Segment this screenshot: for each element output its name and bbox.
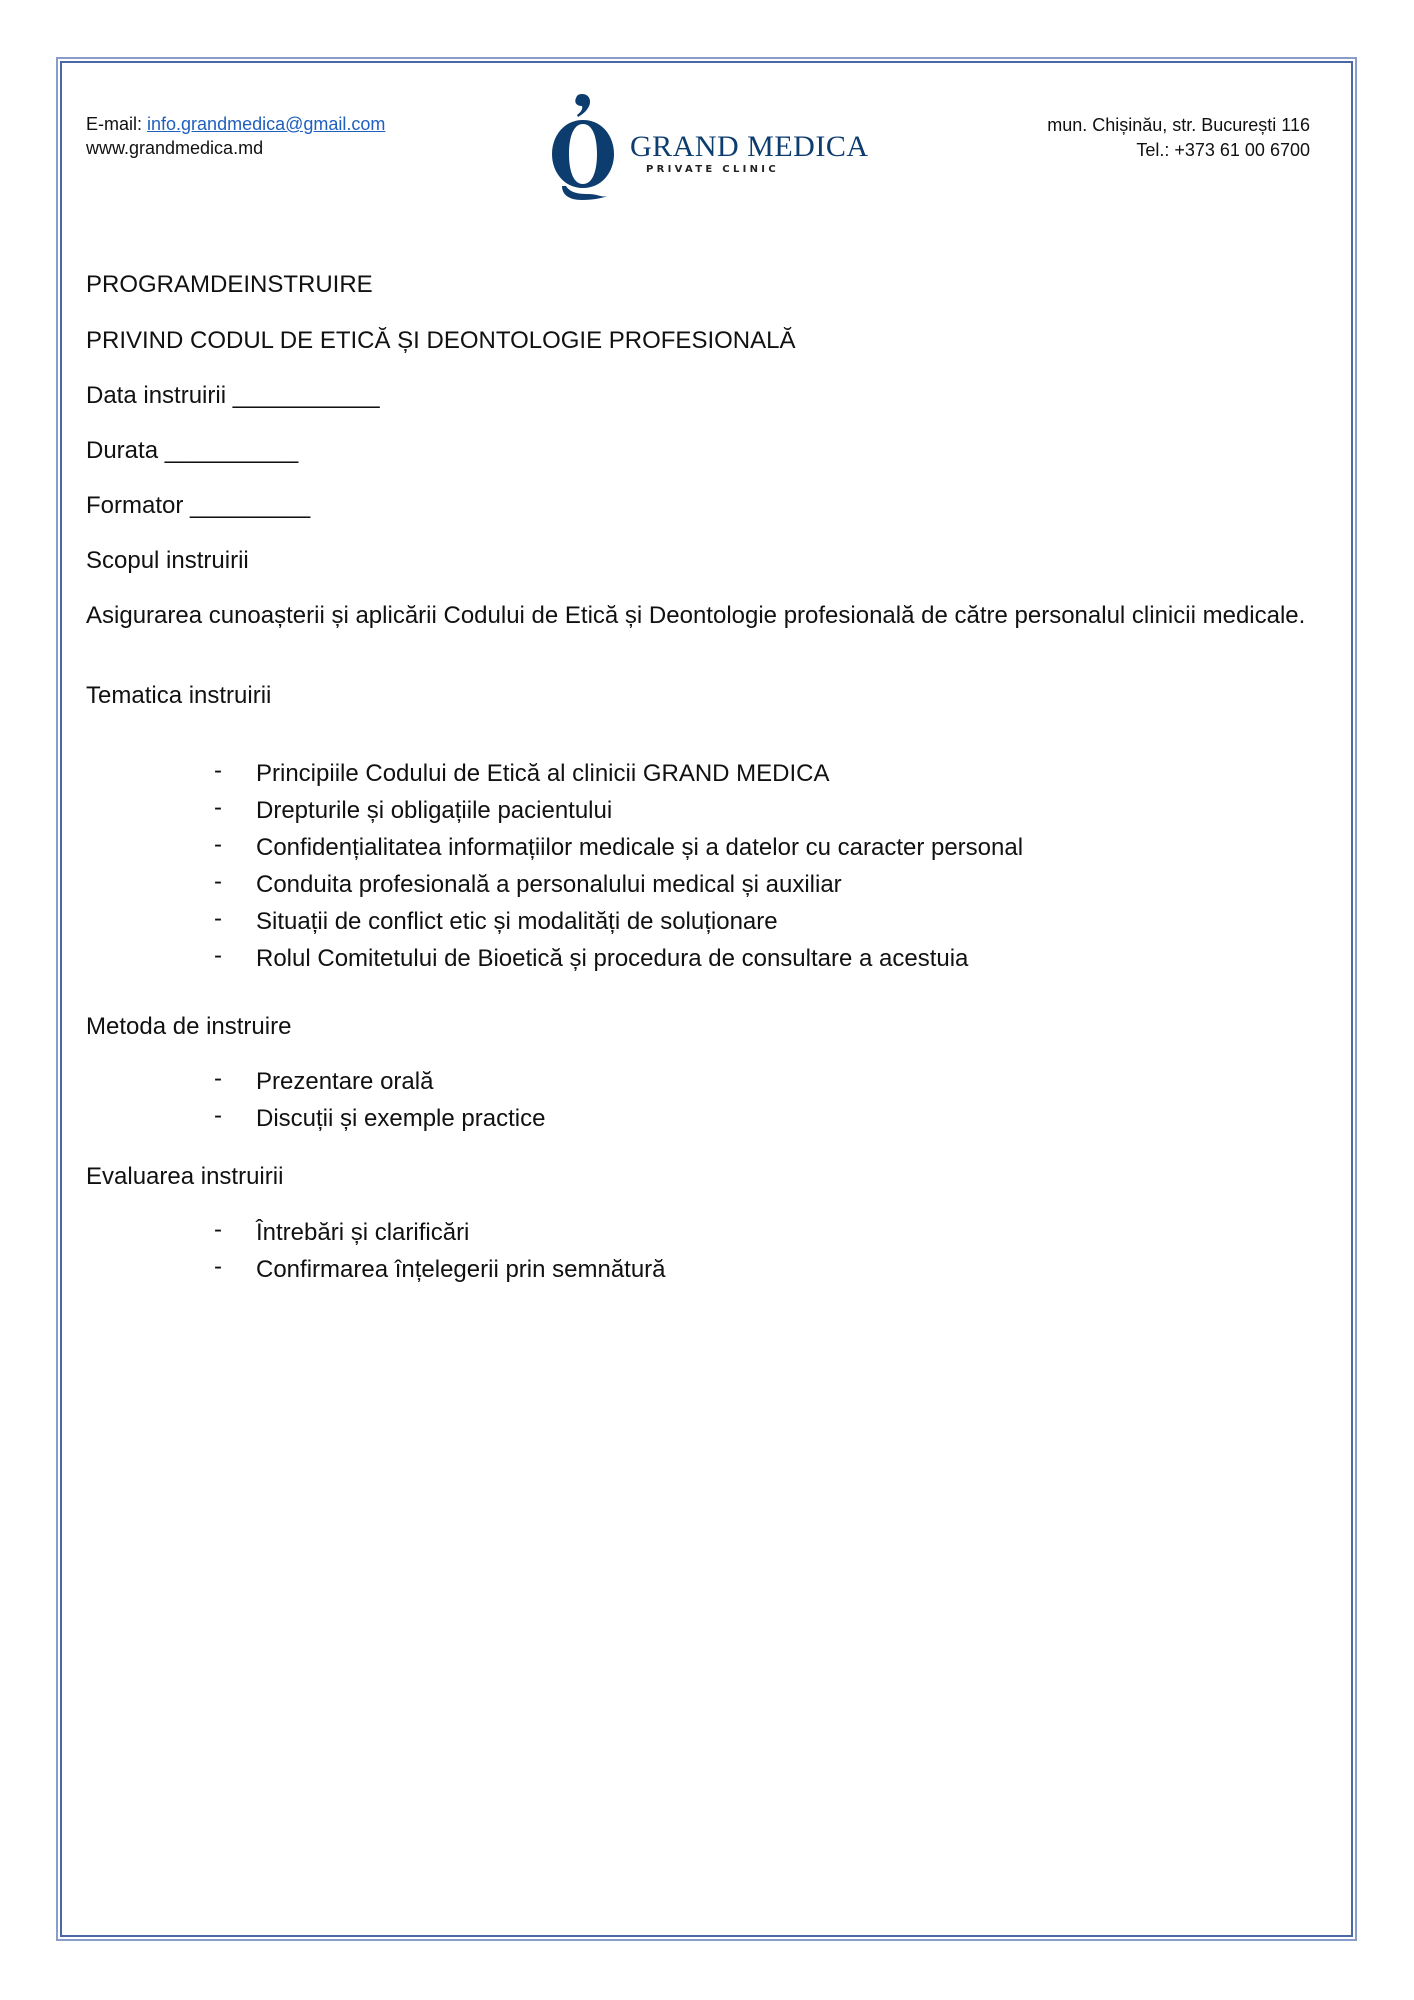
list-item: -Drepturile și obligațiile pacientului: [86, 796, 1023, 833]
dash-bullet-icon: -: [214, 1215, 222, 1245]
field-label: Formator: [86, 492, 183, 519]
field-blank: __________: [165, 437, 298, 464]
dash-bullet-icon: -: [214, 793, 222, 823]
list-item: -Conduita profesională a personalului me…: [86, 870, 1023, 907]
dash-bullet-icon: -: [214, 756, 222, 786]
dash-bullet-icon: -: [214, 1101, 222, 1131]
field-durata: Durata __________: [86, 436, 298, 466]
website-text: www.grandmedica.md: [86, 136, 385, 160]
topics-list: -Principiile Codului de Etică al clinici…: [86, 759, 1023, 981]
grand-medica-q-mark-icon: [548, 92, 618, 204]
field-label: Durata: [86, 437, 158, 464]
dash-bullet-icon: -: [214, 867, 222, 897]
list-item: -Confirmarea înțelegerii prin semnătură: [86, 1255, 666, 1292]
field-label: Data instruirii: [86, 382, 226, 409]
dash-bullet-icon: -: [214, 941, 222, 971]
dash-bullet-icon: -: [214, 830, 222, 860]
section-heading-evaluation: Evaluarea instruirii: [86, 1162, 283, 1192]
field-data-instruirii: Data instruirii ___________: [86, 381, 380, 411]
logo-name: GRAND MEDICA: [630, 132, 869, 162]
list-item: -Principiile Codului de Etică al clinici…: [86, 759, 1023, 796]
address-text: mun. Chișinău, str. București 116: [1047, 113, 1310, 138]
scope-paragraph: Asigurarea cunoașterii și aplicării Codu…: [86, 598, 1326, 634]
phone-text: Tel.: +373 61 00 6700: [1047, 138, 1310, 163]
header-contact-left: E-mail: info.grandmedica@gmail.com www.g…: [86, 112, 385, 160]
list-item: -Discuții și exemple practice: [86, 1104, 545, 1141]
email-line: E-mail: info.grandmedica@gmail.com: [86, 112, 385, 136]
section-heading-method: Metoda de instruire: [86, 1012, 291, 1042]
email-link[interactable]: info.grandmedica@gmail.com: [147, 114, 385, 134]
list-item: -Confidențialitatea informațiilor medica…: [86, 833, 1023, 870]
grand-medica-logo: GRAND MEDICA PRIVATE CLINIC: [548, 92, 868, 204]
field-blank: ___________: [233, 382, 380, 409]
document-subtitle: PRIVIND CODUL DE ETICĂ ȘI DEONTOLOGIE PR…: [86, 326, 795, 356]
dash-bullet-icon: -: [214, 1064, 222, 1094]
section-heading-topics: Tematica instruirii: [86, 681, 271, 711]
list-item: -Întrebări și clarificări: [86, 1218, 666, 1255]
logo-tagline: PRIVATE CLINIC: [646, 164, 779, 175]
dash-bullet-icon: -: [214, 904, 222, 934]
field-formator: Formator _________: [86, 491, 310, 521]
list-item: -Situații de conflict etic și modalități…: [86, 907, 1023, 944]
list-item: -Rolul Comitetului de Bioetică și proced…: [86, 944, 1023, 981]
section-heading-scope: Scopul instruirii: [86, 546, 249, 576]
header-contact-right: mun. Chișinău, str. București 116 Tel.: …: [1047, 113, 1310, 163]
method-list: -Prezentare orală -Discuții și exemple p…: [86, 1067, 545, 1141]
email-label: E-mail:: [86, 114, 147, 134]
evaluation-list: -Întrebări și clarificări -Confirmarea î…: [86, 1218, 666, 1292]
field-blank: _________: [190, 492, 310, 519]
dash-bullet-icon: -: [214, 1252, 222, 1282]
document-title: PROGRAMDEINSTRUIRE: [86, 270, 373, 300]
list-item: -Prezentare orală: [86, 1067, 545, 1104]
